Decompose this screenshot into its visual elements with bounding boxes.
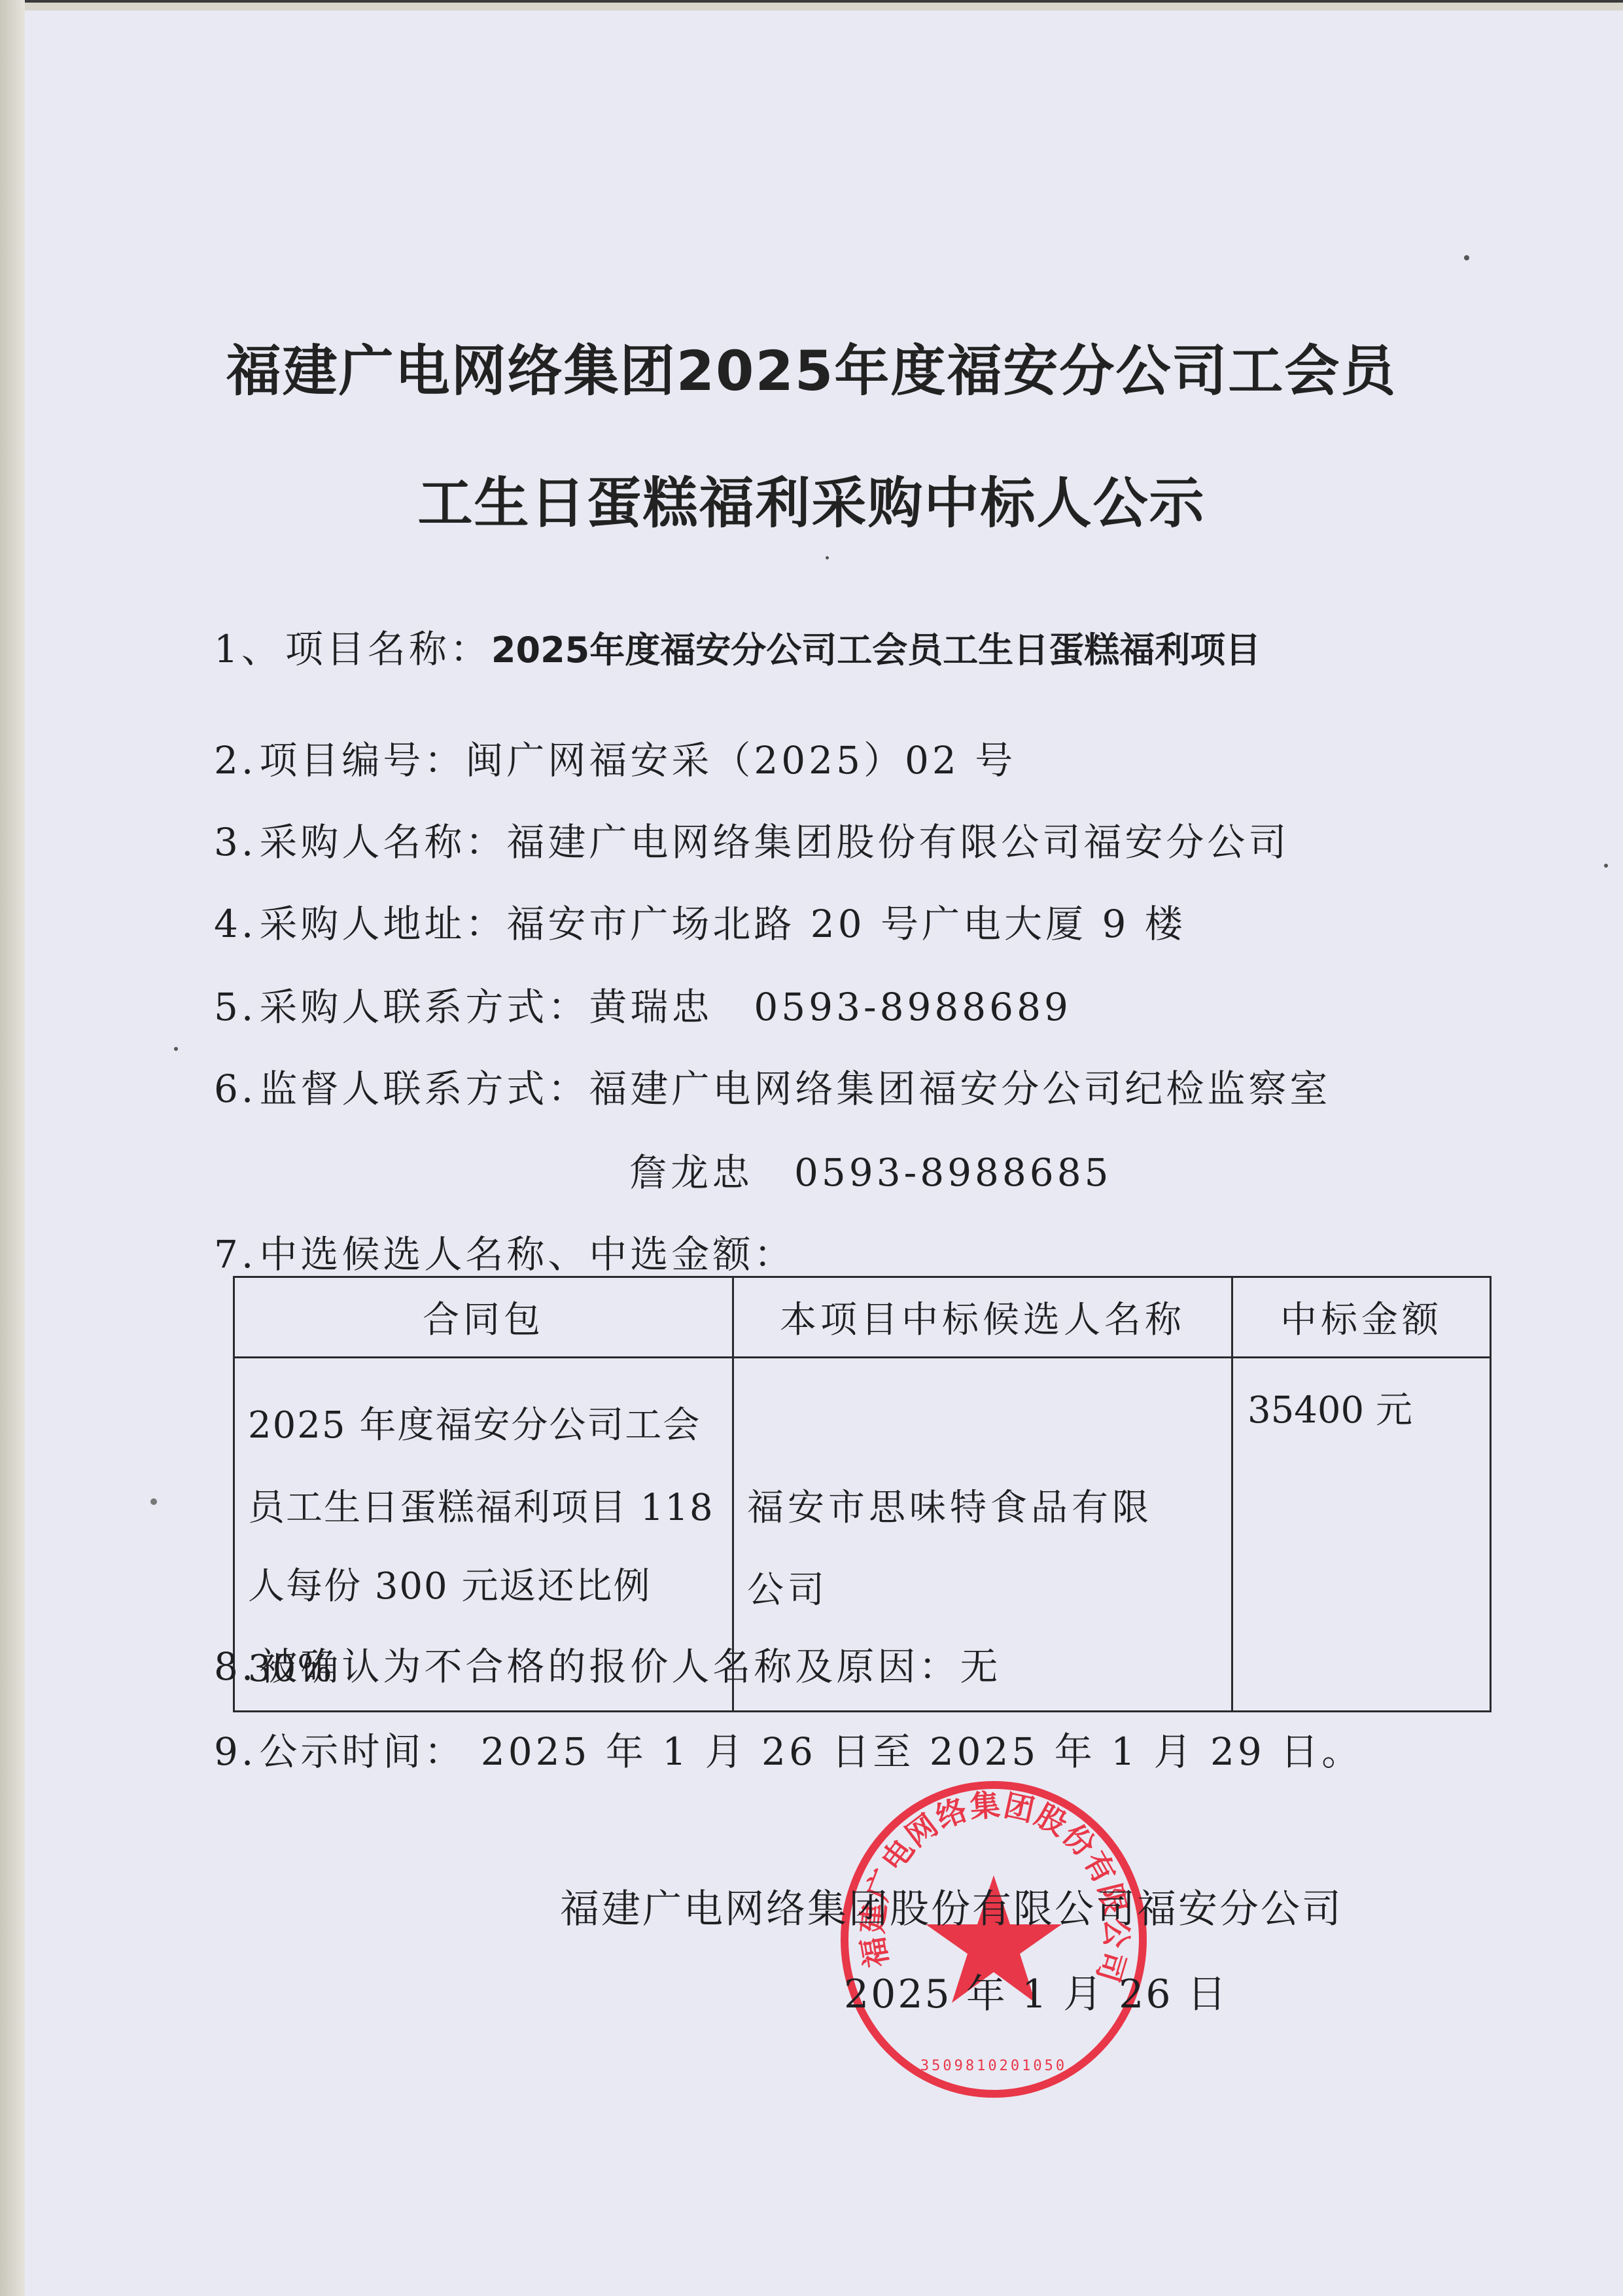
document-title-line-1: 福建广电网络集团2025年度福安分公司工会员: [0, 327, 1623, 406]
item-value: 黄瑞忠 0593-8988689: [589, 985, 1072, 1029]
item-supervisor-contact: 6.监督人联系方式：福建广电网络集团福安分公司纪检监察室: [214, 1058, 1331, 1113]
item-value: 无: [960, 1644, 1001, 1689]
item-number: 6.: [214, 1067, 256, 1111]
document-title-line-2: 工生日蛋糕福利采购中标人公示: [0, 459, 1623, 539]
item-number: 2.: [214, 738, 256, 783]
item-purchaser-name: 3.采购人名称：福建广电网络集团股份有限公司福安分公司: [214, 811, 1289, 866]
header-winning-amount: 中标金额: [1232, 1277, 1491, 1358]
item-label: 监督人联系方式：: [259, 1067, 589, 1111]
item-supervisor-contact-person: 詹龙忠 0593-8988685: [629, 1142, 1112, 1197]
scan-speck: [174, 1047, 178, 1051]
item-number: 1、: [214, 627, 283, 671]
scan-speck: [1604, 864, 1608, 868]
signature-date: 2025 年 1 月 26 日: [844, 1963, 1229, 2019]
item-value: 闽广网福安采（2025）02 号: [465, 738, 1016, 783]
item-number: 8.: [214, 1644, 256, 1689]
official-seal-stamp: 福建广电网络集团股份有限公司福安分公司 3509810201050: [836, 1777, 1151, 2102]
header-winning-candidate: 本项目中标候选人名称: [733, 1277, 1232, 1358]
scan-speck: [150, 1498, 157, 1505]
item-unqualified-bidders: 8.被确认为不合格的报价人名称及原因：无: [214, 1636, 1001, 1691]
item-label: 采购人名称：: [259, 820, 506, 864]
item-label: 采购人联系方式：: [259, 985, 589, 1029]
table-header-row: 合同包 本项目中标候选人名称 中标金额: [234, 1277, 1491, 1358]
scan-edge-top: [0, 0, 1623, 10]
scan-speck: [826, 556, 829, 559]
header-contract-package: 合同包: [234, 1277, 733, 1358]
item-purchaser-address: 4.采购人地址：福安市广场北路 20 号广电大厦 9 楼: [214, 893, 1186, 948]
item-number: 7.: [214, 1232, 256, 1277]
item-publicity-period: 9.公示时间： 2025 年 1 月 26 日至 2025 年 1 月 29 日…: [214, 1721, 1363, 1776]
item-number: 9.: [214, 1729, 256, 1774]
item-label: 公示时间：: [259, 1729, 465, 1774]
item-label: 被确认为不合格的报价人名称及原因：: [259, 1644, 960, 1689]
item-value: 福建广电网络集团福安分公司纪检监察室: [589, 1067, 1331, 1111]
scan-speck: [1464, 255, 1469, 260]
item-label: 项目编号：: [259, 738, 465, 783]
item-number: 5.: [214, 985, 256, 1029]
item-number: 3.: [214, 820, 256, 864]
package-line: 2025 年度福安分公司工会: [248, 1385, 725, 1467]
package-line: 员工生日蛋糕福利项目 118: [248, 1467, 725, 1549]
item-value: 福建广电网络集团股份有限公司福安分公司: [506, 820, 1289, 864]
item-value: 2025年度福安分公司工会员工生日蛋糕福利项目: [491, 629, 1261, 671]
item-value: 福安市广场北路 20 号广电大厦 9 楼: [506, 902, 1185, 946]
stamp-code: 3509810201050: [920, 2058, 1067, 2074]
item-purchaser-contact: 5.采购人联系方式：黄瑞忠 0593-8988689: [214, 976, 1072, 1031]
item-value: 2025 年 1 月 26 日至 2025 年 1 月 29 日。: [465, 1729, 1363, 1774]
item-number: 4.: [214, 902, 256, 946]
winner-line: 福安市思味特食品有限: [747, 1467, 1225, 1549]
item-project-number: 2.项目编号：闽广网福安采（2025）02 号: [214, 730, 1016, 785]
item-label: 中选候选人名称、中选金额：: [259, 1232, 795, 1277]
winner-line: 公司: [747, 1549, 1225, 1632]
signature-company: 福建广电网络集团股份有限公司福安分公司: [560, 1878, 1343, 1934]
cell-winning-amount: 35400 元: [1232, 1358, 1491, 1712]
item-label: 采购人地址：: [259, 902, 506, 946]
item-label: 项目名称：: [285, 627, 491, 671]
item-project-name: 1、项目名称：2025年度福安分公司工会员工生日蛋糕福利项目: [214, 618, 1261, 673]
item-winner-heading: 7.中选候选人名称、中选金额：: [214, 1224, 795, 1279]
